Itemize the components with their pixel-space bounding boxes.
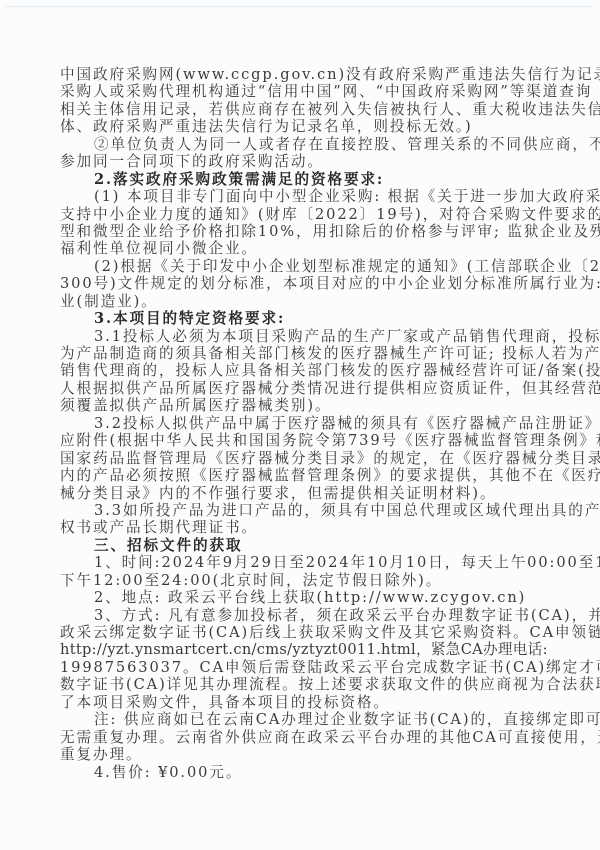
text-line: 300号)文件规定的划分标准，本项目对应的中小企业划分标准所属行业为: 工 xyxy=(60,275,544,292)
text-line: 4.售价: ¥0.00元。 xyxy=(60,764,544,781)
text-line: 体、政府采购严重违法失信行为记录名单，则投标无效。) xyxy=(60,118,544,135)
scan-edge-divider xyxy=(4,6,592,7)
text-line: 须覆盖拟供产品所属医疗器械类别)。 xyxy=(60,397,544,414)
text-line: 重复办理。 xyxy=(60,746,544,763)
document-body: 中国政府采购网(www.ccgp.gov.cn)没有政府采购严重违法失信行为记录… xyxy=(60,66,544,781)
text-line: 为产品制造商的须具备相关部门核发的医疗器械生产许可证; 投标人若为产品 xyxy=(60,345,544,362)
text-line: 内的产品必须按照《医疗器械监督管理条例》的要求提供，其他不在《医疗器 xyxy=(60,467,544,484)
section-heading: 3.本项目的特定资格要求: xyxy=(60,310,544,327)
text-line: 注: 供应商如已在云南CA办理过企业数字证书(CA)的，直接绑定即可， xyxy=(60,711,544,728)
section-heading: 三、招标文件的获取 xyxy=(60,537,544,554)
text-line: 人根据拟供产品所属医疗器械分类情况进行提供相应资质证件，但其经营范围 xyxy=(60,380,544,397)
text-line: 械分类目录》内的不作强行要求，但需提供相关证明材料)。 xyxy=(60,485,544,502)
text-line: 采购人或采购代理机构通过“信用中国”网、“中国政府采购网”等渠道查询 xyxy=(60,83,544,100)
text-line: 1、时间:2024年9月29日至2024年10月10日，每天上午00:00至12… xyxy=(60,554,544,571)
text-line: 福利性单位视同小微企业。 xyxy=(60,240,544,257)
text-line: 3、方式: 凡有意参加投标者，须在政采云平台办理数字证书(CA)，并在 xyxy=(60,607,544,624)
text-line: 政采云绑定数字证书(CA)后线上获取采购文件及其它采购资料。CA申领链接: xyxy=(60,624,544,641)
text-line: 无需重复办理。云南省外供应商在政采云平台办理的其他CA可直接使用，无需 xyxy=(60,729,544,746)
text-line: http://yzt.ynsmartcert.cn/cms/yztyzt0011… xyxy=(60,641,544,658)
text-line: 3.3如所投产品为进口产品的，须具有中国总代理或区域代理出具的产品授 xyxy=(60,502,544,519)
text-line: 中国政府采购网(www.ccgp.gov.cn)没有政府采购严重违法失信行为记录… xyxy=(60,66,544,83)
text-line: (2)根据《关于印发中小企业划型标准规定的通知》(工信部联企业〔2011〕 xyxy=(60,258,544,275)
text-line: (1) 本项目非专门面向中小型企业采购: 根据《关于进一步加大政府采购 xyxy=(60,188,544,205)
text-line: 19987563037。CA申领后需登陆政采云平台完成数字证书(CA)绑定才可以… xyxy=(60,659,544,676)
text-line: 支持中小企业力度的通知》(财库〔2022〕19号)，对符合采购文件要求的小 xyxy=(60,206,544,223)
text-line: 国家药品监督管理局《医疗器械分类目录》的规定，在《医疗器械分类目录》 xyxy=(60,450,544,467)
text-line: 2、地点: 政采云平台线上获取(http://www.zcygov.cn) xyxy=(60,589,544,606)
text-line: 了本项目采购文件，具备本项目的投标资格。 xyxy=(60,694,544,711)
text-line: 参加同一合同项下的政府采购活动。 xyxy=(60,153,544,170)
document-page: 中国政府采购网(www.ccgp.gov.cn)没有政府采购严重违法失信行为记录… xyxy=(0,0,600,850)
text-line: 应附件(根据中华人民共和国国务院令第739号《医疗器械监督管理条例》和 xyxy=(60,432,544,449)
section-heading: 2.落实政府采购政策需满足的资格要求: xyxy=(60,171,544,188)
text-line: 销售代理商的，投标人应具备相关部门核发的医疗器械经营许可证/备案(投标 xyxy=(60,362,544,379)
text-line: ②单位负责人为同一人或者存在直接控股、管理关系的不同供应商，不得 xyxy=(60,136,544,153)
text-line: 3.2投标人拟供产品中属于医疗器械的须具有《医疗器械产品注册证》及相 xyxy=(60,415,544,432)
text-line: 相关主体信用记录，若供应商存在被列入失信被执行人、重大税收违法失信主 xyxy=(60,101,544,118)
text-line: 3.1投标人必须为本项目采购产品的生产厂家或产品销售代理商，投标人若 xyxy=(60,328,544,345)
text-line: 权书或产品长期代理证书。 xyxy=(60,519,544,536)
text-line: 下午12:00至24:00(北京时间，法定节假日除外)。 xyxy=(60,572,544,589)
text-line: 型和微型企业给予价格扣除10%，用扣除后的价格参与评审; 监狱企业及残疾人 xyxy=(60,223,544,240)
text-line: 数字证书(CA)详见其办理流程。按上述要求获取文件的供应商视为合法获取 xyxy=(60,676,544,693)
text-line: 业(制造业)。 xyxy=(60,293,544,310)
